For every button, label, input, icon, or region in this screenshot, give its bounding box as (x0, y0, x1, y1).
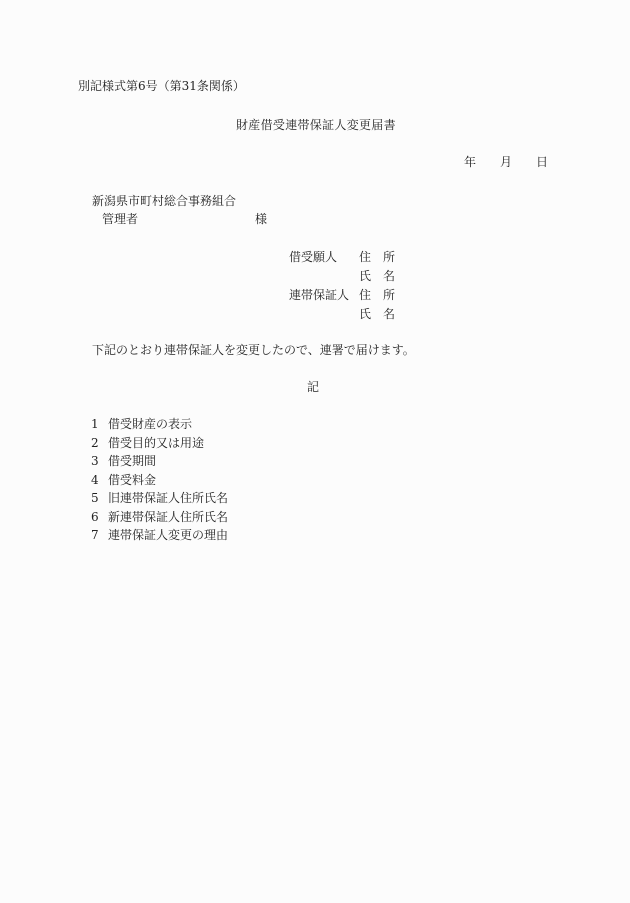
guarantor-address-label: 住所 (359, 289, 395, 301)
item-number: 4 (91, 474, 108, 486)
day-label: 日 (536, 156, 548, 168)
year-label: 年 (464, 156, 476, 168)
list-item: 3借受期間 (91, 455, 156, 467)
item-text: 借受財産の表示 (108, 417, 192, 431)
field-char: 所 (383, 250, 395, 264)
date-line: 年月日 (464, 156, 548, 168)
ki-heading: 記 (307, 381, 319, 393)
statement-text: 下記のとおり連帯保証人を変更したので、連署で届けます。 (92, 344, 415, 356)
field-char: 氏 (359, 307, 371, 321)
item-text: 借受期間 (108, 454, 156, 468)
list-item: 5旧連帯保証人住所氏名 (91, 492, 228, 504)
item-number: 2 (91, 437, 108, 449)
recipient-honorific: 様 (255, 213, 267, 225)
field-char: 住 (359, 288, 371, 302)
form-number: 別記様式第6号（第31条関係） (78, 80, 245, 92)
list-item: 1借受財産の表示 (91, 418, 192, 430)
month-label: 月 (500, 156, 512, 168)
list-item: 7連帯保証人変更の理由 (91, 529, 228, 541)
field-char: 所 (383, 288, 395, 302)
item-number: 5 (91, 492, 108, 504)
list-item: 4借受料金 (91, 474, 156, 486)
field-char: 名 (383, 269, 395, 283)
list-item: 2借受目的又は用途 (91, 437, 204, 449)
field-char: 名 (383, 307, 395, 321)
field-char: 住 (359, 250, 371, 264)
field-char: 氏 (359, 269, 371, 283)
document-title: 財産借受連帯保証人変更届書 (236, 119, 396, 131)
item-number: 7 (91, 529, 108, 541)
recipient-organization: 新潟県市町村総合事務組合 (92, 195, 236, 207)
item-text: 連帯保証人変更の理由 (108, 528, 228, 542)
borrower-address-label: 住所 (359, 251, 395, 263)
item-text: 新連帯保証人住所氏名 (108, 510, 228, 524)
item-number: 1 (91, 418, 108, 430)
borrower-name-label: 氏名 (359, 270, 395, 282)
recipient-title: 管理者 (102, 213, 138, 225)
list-item: 6新連帯保証人住所氏名 (91, 511, 228, 523)
item-text: 借受料金 (108, 473, 156, 487)
item-text: 旧連帯保証人住所氏名 (108, 491, 228, 505)
guarantor-name-label: 氏名 (359, 308, 395, 320)
item-text: 借受目的又は用途 (108, 436, 204, 450)
item-number: 3 (91, 455, 108, 467)
borrower-label: 借受願人 (289, 251, 337, 263)
item-number: 6 (91, 511, 108, 523)
guarantor-label: 連帯保証人 (289, 289, 349, 301)
